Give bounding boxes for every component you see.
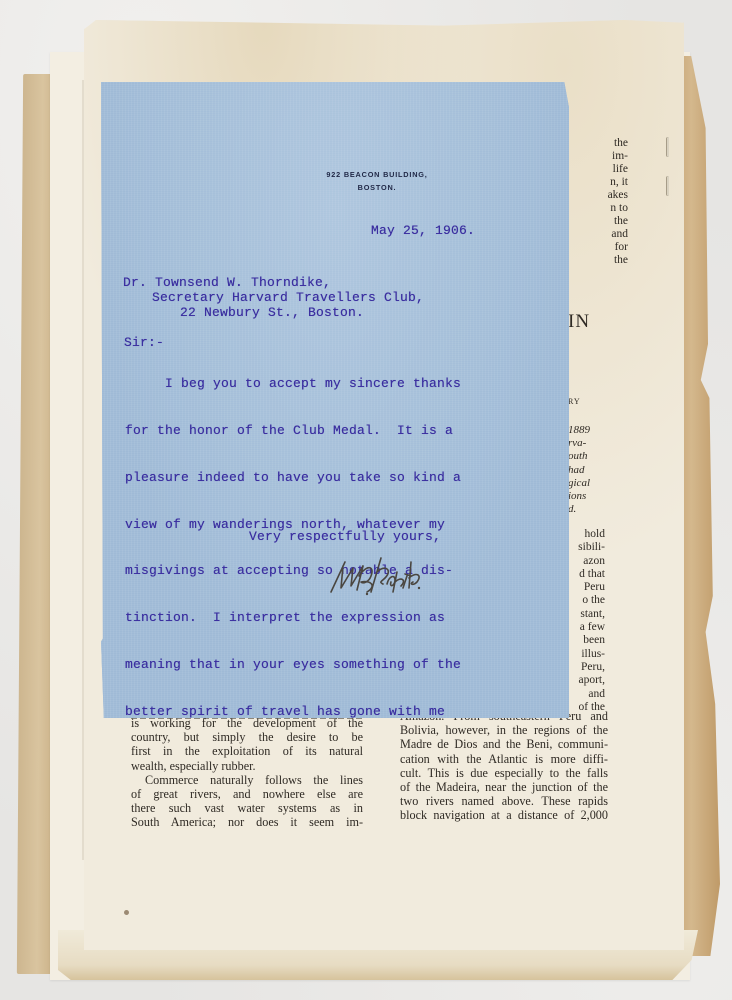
recipient-name: Dr. Townsend W. Thorndike, [123,275,331,291]
text-line: Commerce naturally follows the lines [131,773,363,787]
text-line: ions [568,490,618,503]
text-line: d. [568,503,618,516]
text-line: hold [568,528,605,541]
magazine-italic-intro: 1889 rva- outh had gical ions d. [568,424,618,516]
text-line: aport, [568,674,605,687]
body-line: pleasure indeed to have you take so kind… [125,470,461,486]
text-line: there such vast water systems as in [131,801,363,815]
text-line: d that [568,568,605,581]
letter-closing: Very respectfully yours, [249,529,441,545]
text-line: o the [568,594,605,607]
text-line: country, but simply the desire to be [131,730,363,744]
text-line: Peru [568,581,605,594]
text-line: been [568,634,605,647]
text-line: Peru, [568,661,605,674]
magazine-middle-column-bottom: Amazon. From southeastern Peru and Boliv… [400,709,608,823]
text-line: n, it [568,176,628,189]
text-line: block navigation at a distance of 2,000 [400,808,608,822]
text-line: n to [568,202,628,215]
text-line: is working for the development of the [131,716,363,730]
body-line: I beg you to accept my sincere thanks [125,376,461,392]
text-line: had [568,464,618,477]
text-line: rva- [568,437,618,450]
text-line: wealth, especially rubber. [131,759,363,773]
magazine-left-column-bottom: is working for the development of the co… [131,716,363,830]
recipient-address: 22 Newbury St., Boston. [180,305,364,321]
recipient-title: Secretary Harvard Travellers Club, [152,290,424,306]
text-line: two rivers named above. These rapids [400,794,608,808]
text-line: for [568,241,628,254]
body-line: tinction. I interpret the expression as [125,610,461,626]
typed-letter: 922 BEACON BUILDING, BOSTON. May 25, 190… [101,82,569,718]
text-line: azon [568,555,605,568]
text-line: the [568,254,628,267]
letter-date: May 25, 1906. [371,223,475,239]
text-line: 1889 [568,424,618,437]
text-line: the [568,137,628,150]
staple-hole-icon [667,137,673,157]
magazine-byline-fragment: RY [568,397,581,406]
text-line: and [568,228,628,241]
letterhead-address: 922 BEACON BUILDING, [143,170,611,179]
text-line: life [568,163,628,176]
text-line: cation with the Atlantic is more diffi- [400,752,608,766]
text-line: of great rivers, and nowhere else are [131,787,363,801]
text-line: outh [568,450,618,463]
text-line: sibili- [568,541,605,554]
text-line: Bolivia, however, in the regions of the [400,723,608,737]
body-line: meaning that in your eyes something of t… [125,657,461,673]
body-line: better spirit of travel has gone with me [125,704,461,720]
signature-scribble-icon [323,552,463,598]
handwritten-signature [323,552,463,598]
text-line: South America; nor does it seem im- [131,815,363,829]
staple-hole-icon [667,176,673,196]
magazine-right-column-top: the im- life n, it akes n to the and for… [568,137,628,267]
text-line: the [568,215,628,228]
text-line: gical [568,477,618,490]
text-line: of the Madeira, near the junction of the [400,780,608,794]
magazine-heading-fragment: IN [568,311,590,333]
text-line: cult. This is due especially to the fall… [400,766,608,780]
magazine-right-column-mid: hold sibili- azon d that Peru o the stan… [568,528,605,714]
letterhead-city: BOSTON. [143,183,611,192]
pin-hole-icon [124,910,129,915]
text-line: im- [568,150,628,163]
text-line: first in the exploitation of its natural [131,744,363,758]
text-line: illus- [568,648,605,661]
body-line: for the honor of the Club Medal. It is a [125,423,461,439]
text-line: akes [568,189,628,202]
text-line: Madre de Dios and the Beni, communi- [400,737,608,751]
text-line: a few [568,621,605,634]
text-line: and [568,688,605,701]
text-line: stant, [568,608,605,621]
